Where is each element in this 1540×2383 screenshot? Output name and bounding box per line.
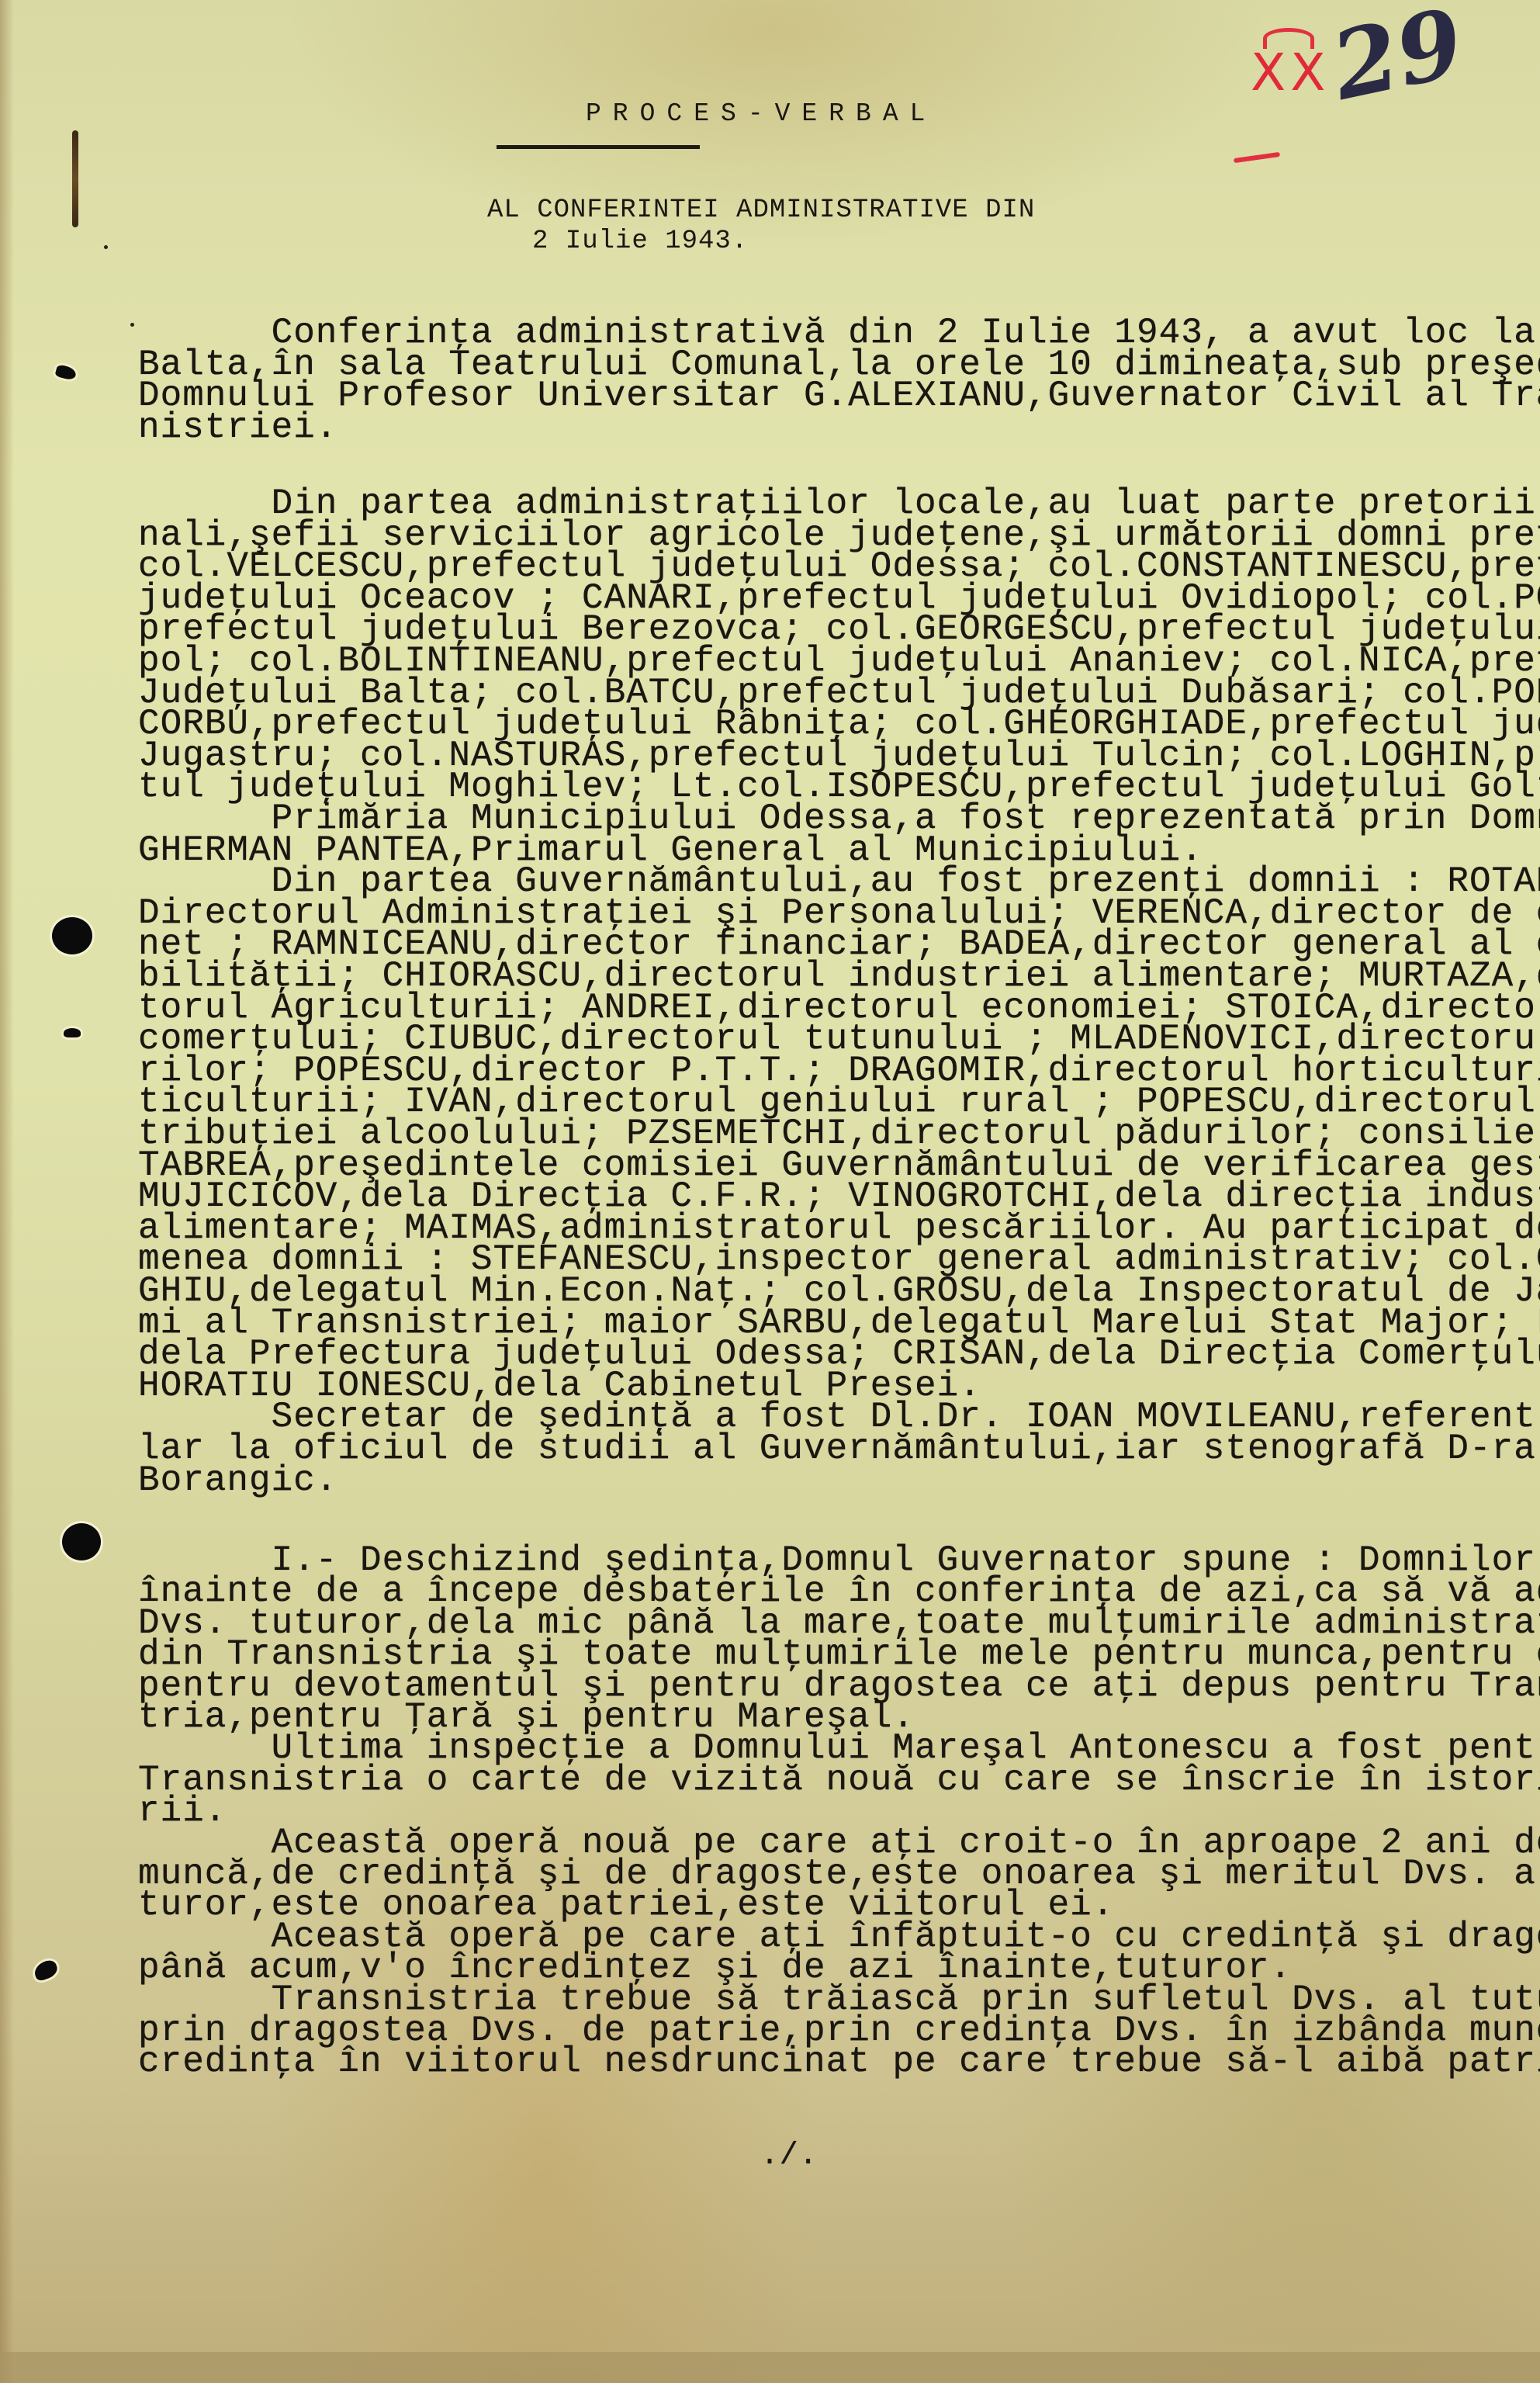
ink-speck (130, 323, 134, 327)
title-underline (497, 145, 700, 149)
body-text-line: Transnistria o carte de vizită nouă cu c… (138, 1762, 1540, 1798)
body-text-line: Borangic. (138, 1463, 337, 1498)
document-subtitle-line-2: 2 Iulie 1943. (532, 227, 748, 256)
body-text-line: Domnului Profesor Universitar G.ALEXIANU… (138, 378, 1540, 414)
body-text-line: credinţa în viitorul nesdruncinat pe car… (138, 2044, 1540, 2080)
paper-edge-shadow (0, 0, 14, 2383)
document-title: PROCES-VERBAL (586, 99, 936, 128)
punch-hole (52, 917, 92, 954)
torn-hole (54, 364, 77, 381)
red-underline-mark (1234, 152, 1280, 163)
scan-bottom-band (0, 2352, 1540, 2383)
staple-mark (72, 130, 78, 227)
ink-speck (104, 245, 108, 249)
continuation-mark: ./. (760, 2139, 818, 2174)
document-subtitle-line-1: AL CONFERINTEI ADMINISTRATIVE DIN (487, 196, 1035, 225)
body-text-line: lar la oficiul de studii al Guvernământu… (138, 1431, 1540, 1467)
punch-hole (62, 1523, 101, 1560)
torn-hole (32, 1959, 60, 1983)
torn-hole (64, 1028, 81, 1037)
page-number-handwritten: 29 (1323, 0, 1473, 122)
body-text-line: nistriei. (138, 410, 337, 445)
red-roman-numeral-mark: XX (1251, 43, 1330, 102)
